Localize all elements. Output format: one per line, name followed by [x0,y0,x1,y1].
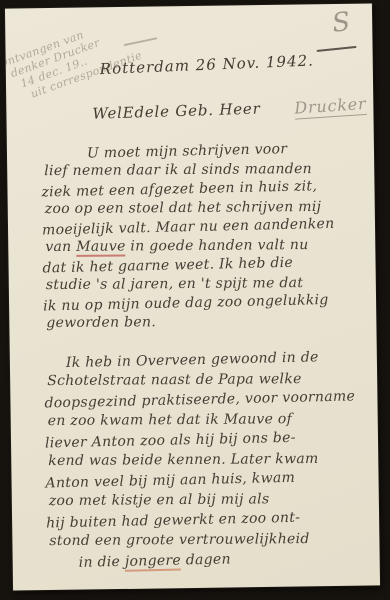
line-text: dagen [181,551,231,568]
corner-letter-s-mark: S [331,7,352,39]
corner-mark-underline [317,46,357,52]
red-underlined-word: jongere [125,553,182,572]
salutation-pencil-name: Drucker [294,94,367,120]
letter-paper: Ontvangen van denker Drucker 14 dec. 19.… [5,3,380,590]
line-text: in goede handen valt nu [126,237,309,254]
mauve-red-underlined-word: Mauve [76,238,126,256]
paragraph-2: Ik heb in Overveen gewoond in de Schotel… [44,348,363,572]
letter-line: geworden ben. [46,312,359,333]
salutation: WelEdele Geb. HeerDrucker [92,95,367,125]
paragraph-1: U moet mijn schrijven voor lief nemen da… [41,140,360,334]
line-text: in die [79,554,126,571]
line-text: van [45,239,76,255]
salutation-ink-text: WelEdele Geb. Heer [92,99,261,122]
scan-frame: Ontvangen van denker Drucker 14 dec. 19.… [0,0,390,600]
